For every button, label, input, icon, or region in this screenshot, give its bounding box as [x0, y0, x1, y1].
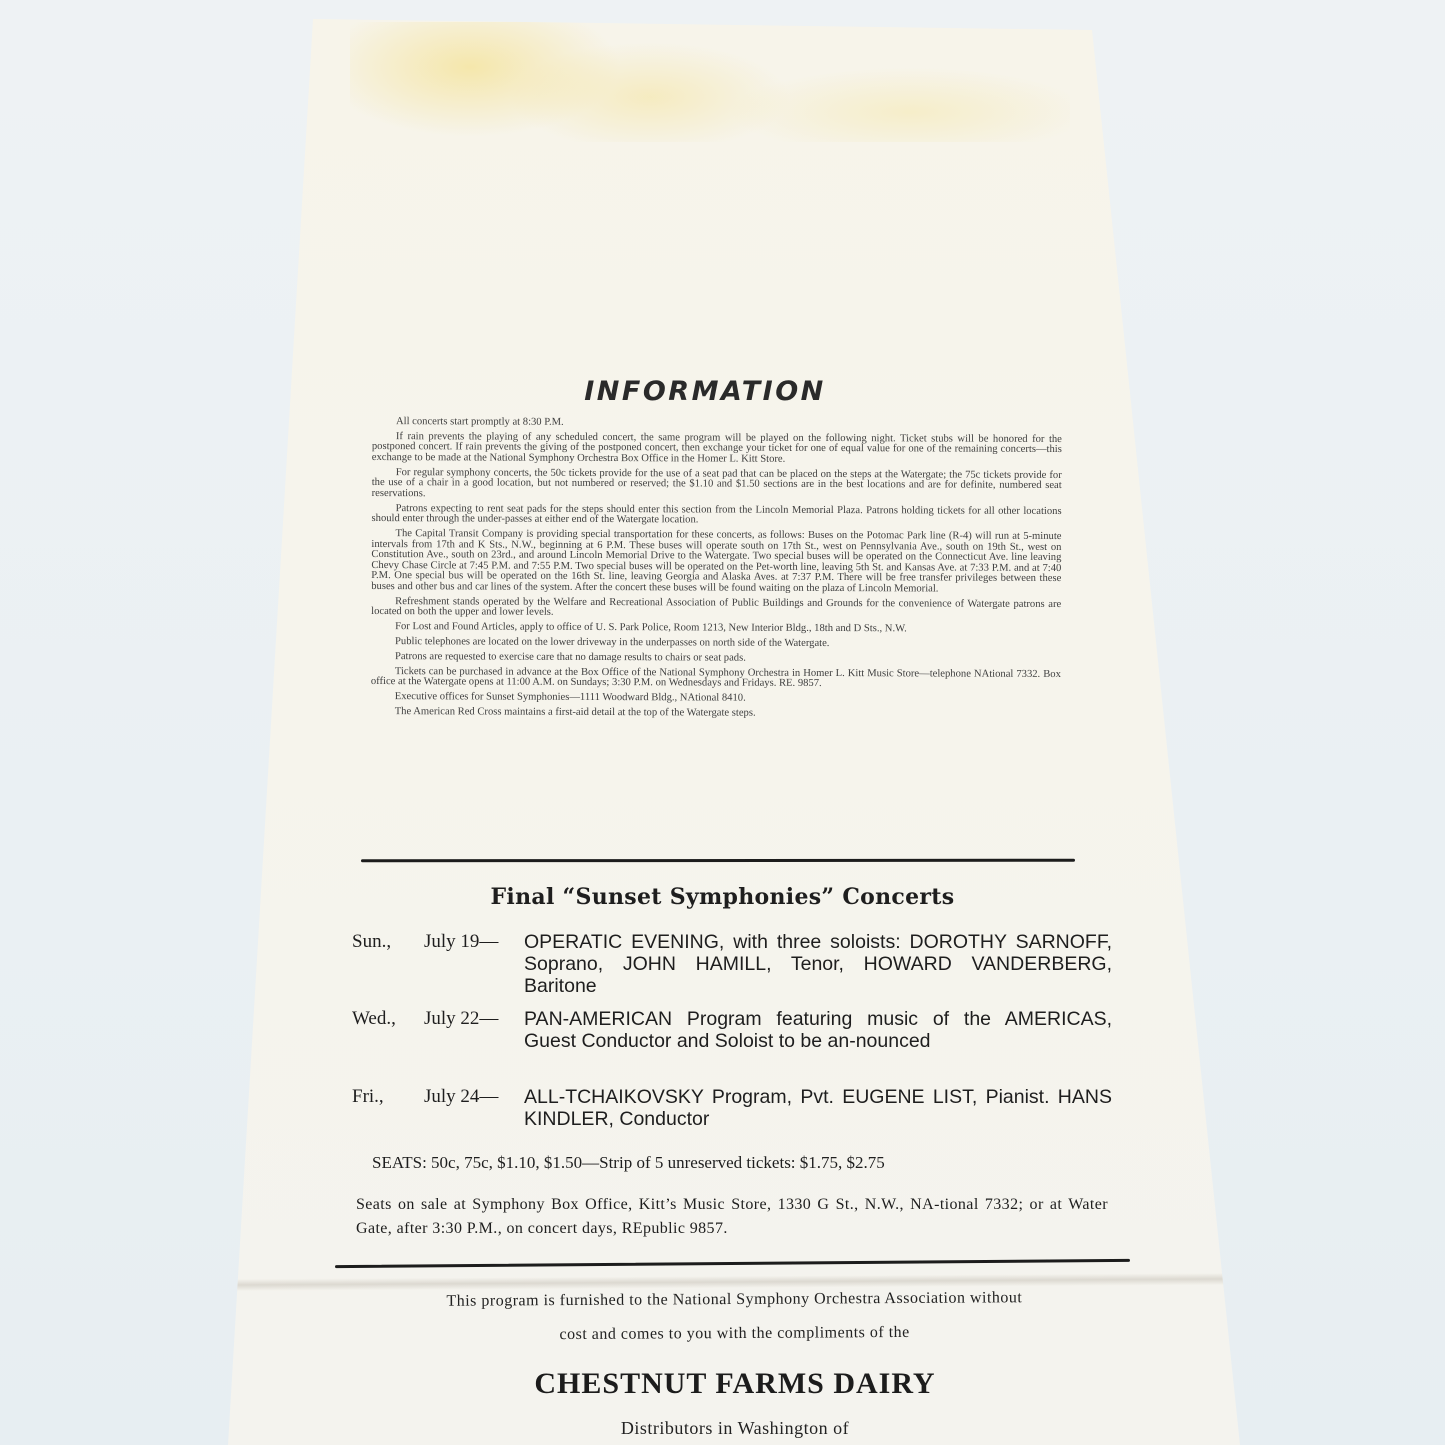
concert-description: ALL-TCHAIKOVSKY Program, Pvt. EUGENE LIS…: [524, 1086, 1112, 1130]
concert-day: Fri.,: [352, 1086, 424, 1130]
sponsor-note-line: This program is furnished to the Nationa…: [332, 1281, 1137, 1320]
info-paragraph: For regular symphony concerts, the 50c t…: [372, 468, 1062, 503]
concert-description: PAN-AMERICAN Program featuring music of …: [524, 1008, 1112, 1052]
info-paragraph: If rain prevents the playing of any sche…: [372, 432, 1062, 467]
ticket-sale-info: Seats on sale at Symphony Box Office, Ki…: [356, 1193, 1108, 1241]
sponsor-tagline: Distributors in Washington of: [440, 1418, 1030, 1439]
concert-day: Wed.,: [352, 1008, 424, 1052]
water-stain: [350, 22, 1070, 142]
info-paragraph: Tickets can be purchased in advance at t…: [371, 667, 1061, 691]
concert-day: Sun.,: [352, 931, 424, 997]
info-paragraph: All concerts start promptly at 8:30 P.M.: [372, 417, 1062, 431]
sponsor-note-line: cost and comes to you with the complimen…: [332, 1315, 1137, 1354]
info-paragraph: Public telephones are located on the low…: [371, 637, 1061, 651]
concert-entry: Fri., July 24— ALL-TCHAIKOVSKY Program, …: [352, 1086, 1112, 1130]
information-heading: INFORMATION: [540, 376, 870, 407]
info-paragraph: Patrons expecting to rent seat pads for …: [372, 504, 1062, 528]
info-paragraph: The American Red Cross maintains a first…: [371, 707, 1061, 721]
divider-rule: [335, 1259, 1130, 1268]
info-paragraph: Refreshment stands operated by the Welfa…: [371, 597, 1061, 621]
info-paragraph: For Lost and Found Articles, apply to of…: [371, 622, 1061, 636]
information-body: All concerts start promptly at 8:30 P.M.…: [371, 417, 1062, 725]
program-sheet: INFORMATION All concerts start promptly …: [0, 0, 1445, 1445]
concert-date: July 24—: [424, 1086, 524, 1130]
seat-prices: SEATS: 50c, 75c, $1.10, $1.50—Strip of 5…: [372, 1153, 1117, 1173]
concert-entry: Wed., July 22— PAN-AMERICAN Program feat…: [352, 1008, 1112, 1052]
concert-entry: Sun., July 19— OPERATIC EVENING, with th…: [352, 931, 1112, 997]
sponsor-name: CHESTNUT FARMS DAIRY: [440, 1367, 1030, 1401]
concerts-heading: Final “Sunset Symphonies” Concerts: [380, 884, 1065, 910]
info-paragraph: The Capital Transit Company is providing…: [371, 529, 1061, 596]
sponsor-note: This program is furnished to the Nationa…: [332, 1281, 1137, 1354]
info-paragraph: Patrons are requested to exercise care t…: [371, 652, 1061, 666]
concert-date: July 19—: [424, 931, 524, 997]
concert-date: July 22—: [424, 1008, 524, 1052]
concert-description: OPERATIC EVENING, with three soloists: D…: [524, 931, 1112, 997]
info-paragraph: Executive offices for Sunset Symphonies—…: [371, 692, 1061, 706]
divider-rule: [361, 859, 1075, 863]
